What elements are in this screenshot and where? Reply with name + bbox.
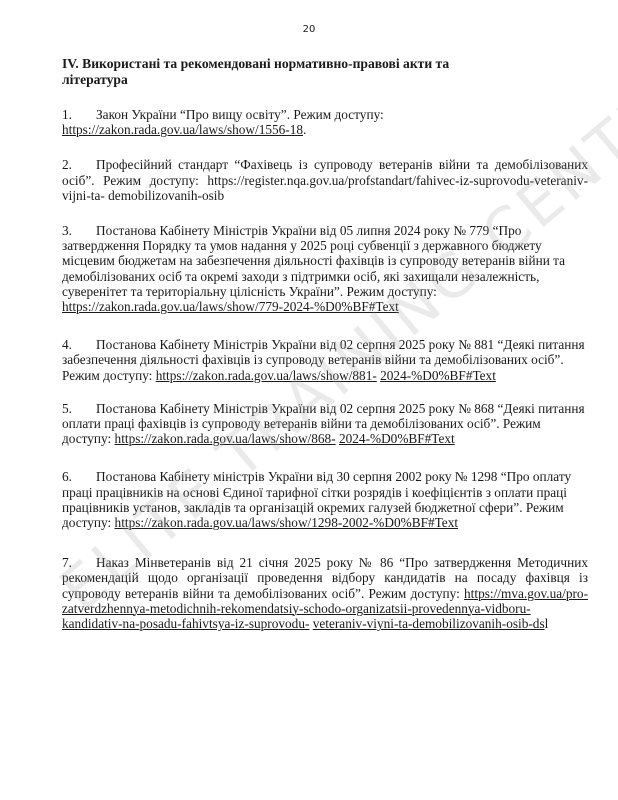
reference-item: 5.Постанова Кабінету Міністрів України в… xyxy=(62,401,588,447)
reference-number: 2. xyxy=(62,157,96,172)
page-number: 20 xyxy=(0,24,618,35)
reference-number: 4. xyxy=(62,337,96,352)
reference-item: 6.Постанова Кабінету міністрів України в… xyxy=(62,469,588,530)
reference-link[interactable]: https://zakon.rada.gov.ua/laws/show/1298… xyxy=(115,515,459,530)
reference-link[interactable]: https://zakon.rada.gov.ua/laws/show/881- xyxy=(156,368,377,383)
document-page: 20 IV. Використані та рекомендовані норм… xyxy=(0,0,618,800)
reference-text: Постанова Кабінету Міністрів України від… xyxy=(62,223,565,299)
reference-item: 3.Постанова Кабінету Міністрів України в… xyxy=(62,223,588,314)
references-section: IV. Використані та рекомендовані нормати… xyxy=(62,56,588,631)
reference-link[interactable]: veteraniv-viyni-ta-demobilizovanih-osib-… xyxy=(313,616,545,631)
reference-link[interactable]: https://zakon.rada.gov.ua/laws/show/868- xyxy=(115,431,336,446)
reference-tail: l xyxy=(545,616,549,631)
reference-number: 7. xyxy=(62,555,96,570)
reference-number: 5. xyxy=(62,401,96,416)
reference-item: 2.Професійний стандарт “Фахівець із супр… xyxy=(62,157,588,203)
reference-number: 6. xyxy=(62,469,96,484)
reference-text: Професійний стандарт “Фахівець із супров… xyxy=(62,157,588,202)
reference-item: 1.Закон України “Про вищу освіту”. Режим… xyxy=(62,107,588,137)
reference-number: 3. xyxy=(62,223,96,238)
reference-text: Закон України “Про вищу освіту”. Режим д… xyxy=(96,107,384,122)
reference-item: 7.Наказ Мінветеранів від 21 січня 2025 р… xyxy=(62,555,588,631)
reference-number: 1. xyxy=(62,107,96,122)
reference-link[interactable]: 2024-%D0%BF#Text xyxy=(380,368,496,383)
reference-link[interactable]: https://zakon.rada.gov.ua/laws/show/1556… xyxy=(62,122,303,137)
reference-tail: . xyxy=(303,122,306,137)
section-heading: IV. Використані та рекомендовані нормати… xyxy=(62,56,482,88)
reference-item: 4.Постанова Кабінету Міністрів України в… xyxy=(62,337,588,383)
reference-link[interactable]: 2024-%D0%BF#Text xyxy=(339,431,455,446)
reference-link[interactable]: https://zakon.rada.gov.ua/laws/show/779-… xyxy=(62,299,399,314)
